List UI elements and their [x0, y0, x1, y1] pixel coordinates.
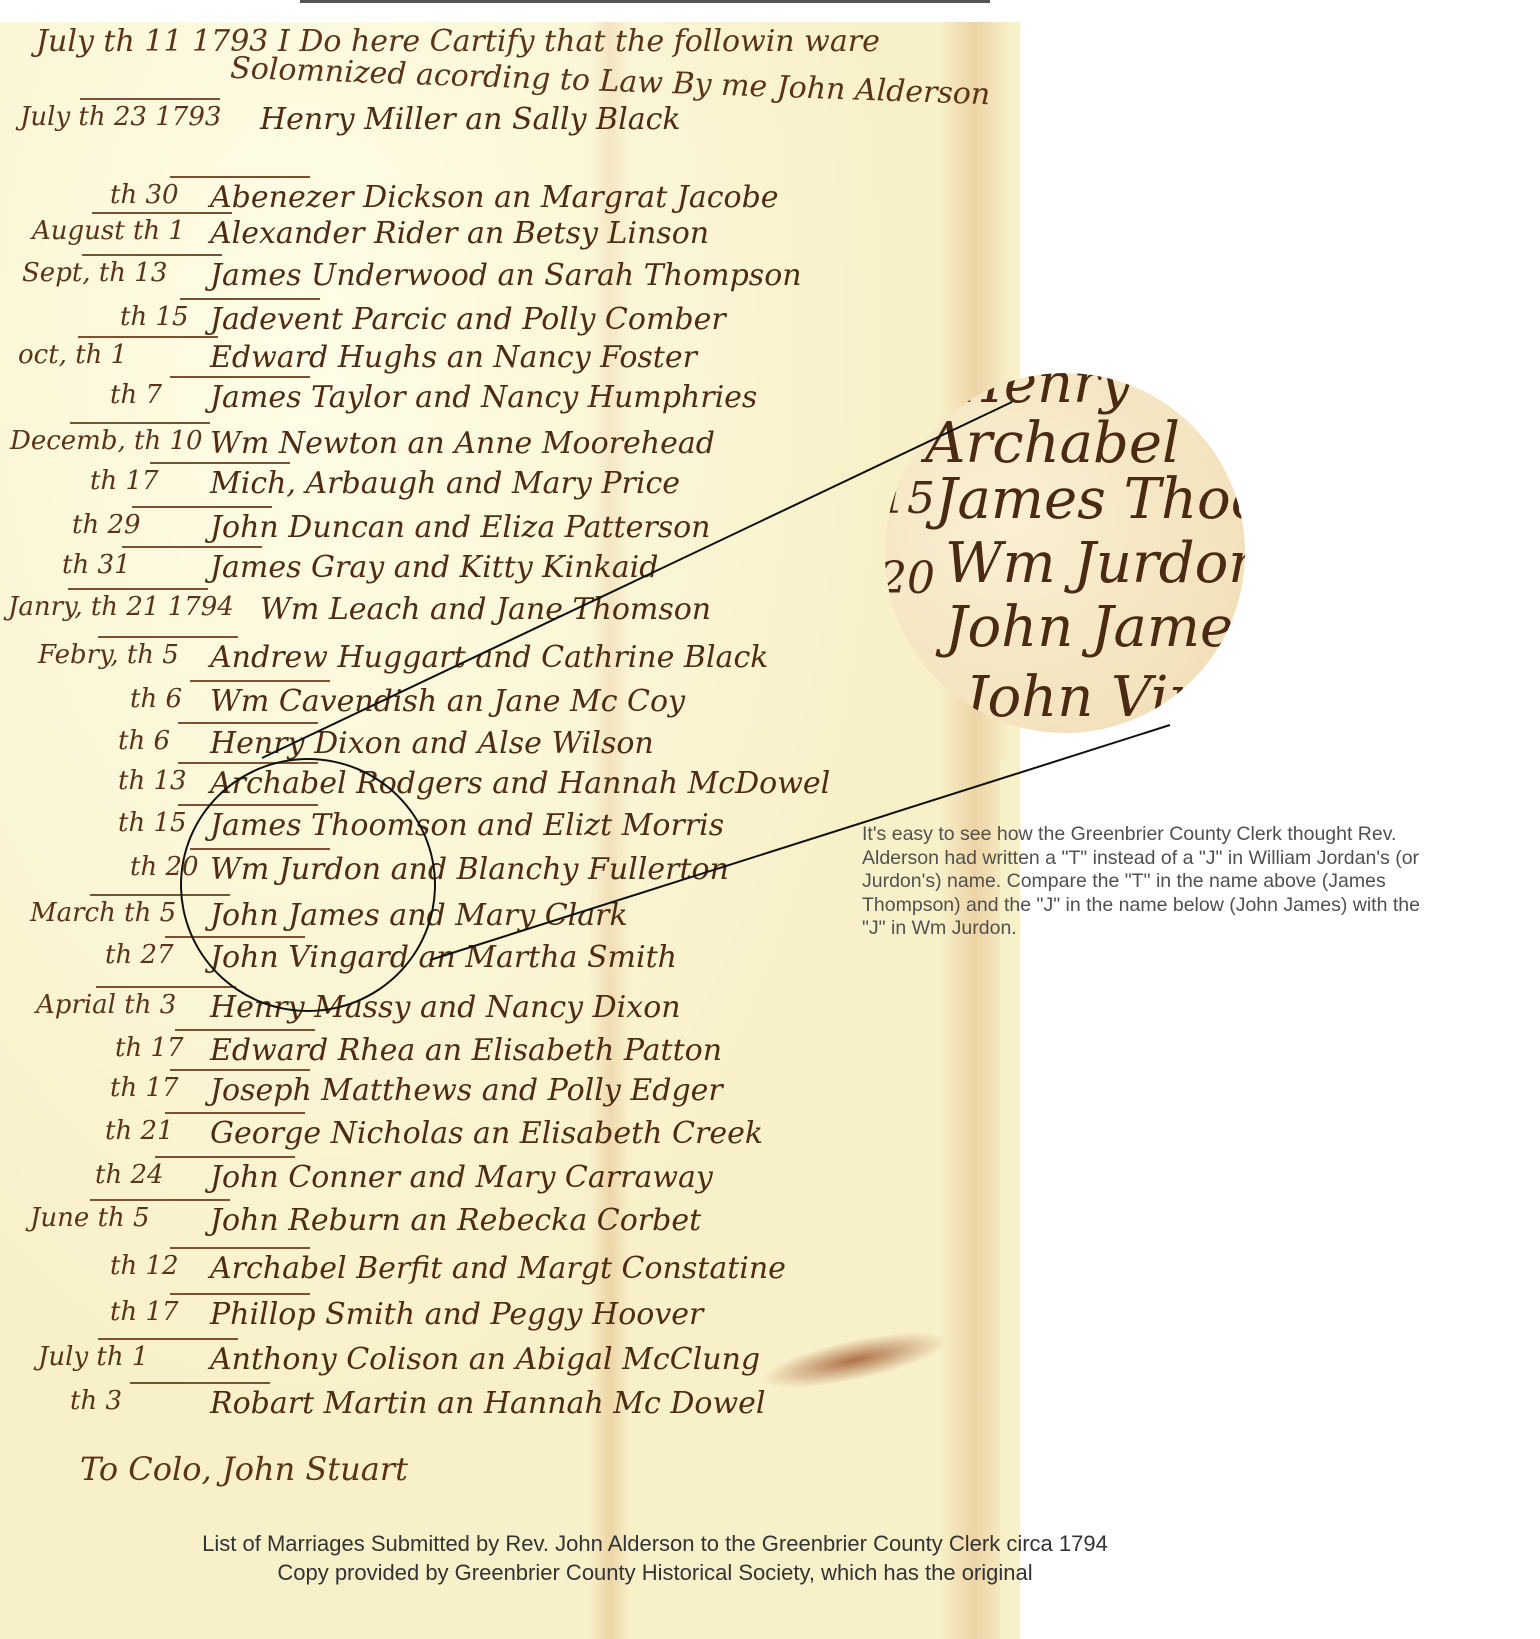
entry-names: Wm Cavendish an Jane Mc Coy — [210, 684, 685, 719]
entry-date: th 12 — [110, 1251, 179, 1281]
entry-names: Phillop Smith and Peggy Hoover — [210, 1297, 703, 1332]
entry-divider — [175, 1029, 315, 1031]
entry-date: th 17 — [110, 1073, 179, 1103]
entry-names: George Nicholas an Elisabeth Creek — [210, 1116, 763, 1151]
entry-date: th 31 — [62, 550, 131, 580]
entry-date: th 17 — [110, 1297, 179, 1327]
magnifier-date: 20 — [885, 553, 935, 604]
entry-date: th 17 — [115, 1033, 184, 1063]
entry-divider — [68, 588, 208, 590]
entry-date: th 27 — [105, 940, 174, 970]
entry-date: th 7 — [110, 380, 162, 410]
entry-date: Janry, th 21 1794 — [8, 592, 234, 622]
entry-divider — [150, 462, 290, 464]
entry-date: th 13 — [118, 766, 187, 796]
entry-divider — [78, 336, 218, 338]
entry-divider — [132, 506, 272, 508]
addressee-line: To Colo, John Stuart — [80, 1450, 408, 1488]
entry-divider — [80, 98, 220, 100]
entry-names: Edward Hughs an Nancy Foster — [210, 340, 697, 375]
magnifier-line: James Thoom — [935, 467, 1245, 532]
entry-names: Edward Rhea an Elisabeth Patton — [210, 1033, 722, 1068]
entry-names: Jadevent Parcic and Polly Comber — [210, 302, 726, 337]
entry-names: Henry Miller an Sally Black — [260, 102, 681, 137]
entry-divider — [122, 546, 262, 548]
annotation-note: It's easy to see how the Greenbrier Coun… — [862, 823, 1442, 941]
scan-top-edge — [300, 0, 990, 3]
entry-divider — [70, 422, 210, 424]
entry-divider — [130, 1382, 270, 1384]
entry-date: th 15 — [118, 808, 187, 838]
entry-names: Joseph Matthews and Polly Edger — [210, 1073, 723, 1108]
entry-divider — [178, 722, 318, 724]
entry-date: Febry, th 5 — [38, 640, 179, 670]
entry-names: Anthony Colison an Abigal McClung — [210, 1342, 760, 1377]
entry-divider — [170, 176, 310, 178]
entry-date: th 21 — [105, 1116, 174, 1146]
entry-divider — [180, 298, 320, 300]
entry-divider — [155, 1156, 295, 1158]
entry-names: Mich, Arbaugh and Mary Price — [210, 466, 680, 501]
entry-date: th 30 — [110, 180, 179, 210]
caption-credit: Copy provided by Greenbrier County Histo… — [0, 1560, 1310, 1586]
entry-date: Decemb, th 10 — [10, 426, 203, 456]
entry-date: Sept, th 13 — [22, 258, 167, 288]
entry-date: Aprial th 3 — [36, 990, 176, 1020]
entry-names: James Gray and Kitty Kinkaid — [210, 550, 658, 585]
entry-divider — [170, 1069, 310, 1071]
entry-date: th 6 — [118, 726, 170, 756]
certification-line-1: July th 11 1793 I Do here Cartify that t… — [36, 24, 880, 59]
entry-date: July th 23 1793 — [20, 102, 221, 132]
entry-names: Archabel Berfit and Margt Constatine — [210, 1251, 786, 1286]
entry-date: th 3 — [70, 1386, 122, 1416]
entry-names: Wm Newton an Anne Moorehead — [210, 426, 715, 461]
entry-names: Alexander Rider an Betsy Linson — [210, 216, 709, 251]
magnifier-inset: Henry Archabel 15 James Thoom 20 Wm Jurd… — [885, 373, 1245, 733]
entry-date: July th 1 — [38, 1342, 148, 1372]
magnifier-line: Wm Jurdon — [945, 531, 1245, 596]
entry-date: August th 1 — [32, 216, 185, 246]
entry-names: Andrew Huggart and Cathrine Black — [210, 640, 768, 675]
entry-date: th 17 — [90, 466, 159, 496]
entry-names: James Underwood an Sarah Thompson — [210, 258, 802, 293]
entry-divider — [96, 986, 236, 988]
entry-date: th 6 — [130, 684, 182, 714]
entry-date: th 29 — [72, 510, 141, 540]
magnifier-date: 15 — [885, 473, 935, 524]
entry-date: th 24 — [95, 1160, 164, 1190]
entry-names: John Conner and Mary Carraway — [210, 1160, 713, 1195]
entry-date: March th 5 — [30, 898, 176, 928]
magnifier-line: John James — [945, 595, 1245, 660]
entry-names: Wm Leach and Jane Thomson — [260, 592, 711, 627]
entry-date: th 15 — [120, 302, 189, 332]
caption-title: List of Marriages Submitted by Rev. John… — [0, 1531, 1310, 1557]
entry-names: Abenezer Dickson an Margrat Jacobe — [210, 180, 779, 215]
entry-names: James Taylor and Nancy Humphries — [210, 380, 757, 415]
entry-divider — [170, 1293, 310, 1295]
entry-date: June th 5 — [30, 1203, 150, 1233]
entry-date: oct, th 1 — [18, 340, 127, 370]
entry-divider — [190, 680, 330, 682]
entry-divider — [165, 1112, 305, 1114]
entry-divider — [170, 376, 310, 378]
entry-names: John Duncan and Eliza Patterson — [210, 510, 710, 545]
magnifier-line: Henry — [955, 373, 1131, 416]
entry-divider — [98, 1338, 238, 1340]
entry-names: Robart Martin an Hannah Mc Dowel — [210, 1386, 766, 1421]
magnifier-line: John Vinga — [965, 665, 1245, 730]
entry-divider — [98, 636, 238, 638]
entry-divider — [90, 1199, 230, 1201]
entry-divider — [92, 212, 232, 214]
entry-names: John Reburn an Rebecka Corbet — [210, 1203, 701, 1238]
highlight-circle — [180, 758, 436, 1012]
entry-names: Henry Dixon and Alse Wilson — [210, 726, 654, 761]
entry-divider — [82, 254, 222, 256]
entry-divider — [170, 1247, 310, 1249]
